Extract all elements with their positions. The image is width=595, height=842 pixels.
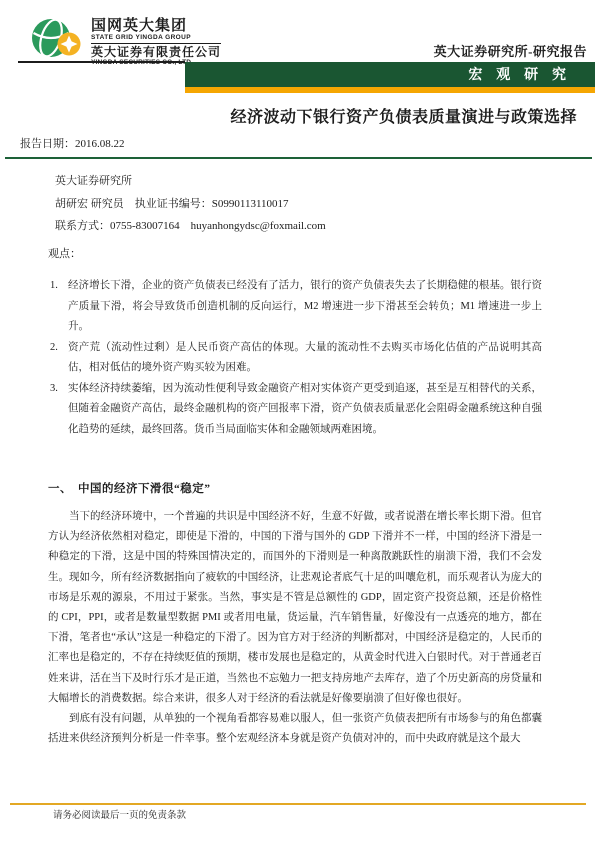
viewpoints-section: 观点： 1. 经济增长下滑，企业的资产负债表已经没有了活力，银行的资产负债表失去… <box>48 245 542 440</box>
report-title: 经济波动下银行资产负债表质量演进与政策选择 <box>230 104 577 127</box>
viewpoint-text: 实体经济持续萎缩，因为流动性便利导致金融资产相对实体资产更受到追逐，甚至是互相替… <box>68 383 542 435</box>
contact-line: 联系方式：0755-83007164 huyanhongydsc@foxmail… <box>55 215 326 238</box>
header-divider-line <box>18 61 185 63</box>
company-logo: 国网英大集团 STATE GRID YINGDA GROUP 英大证券有限责任公… <box>30 15 221 67</box>
viewpoint-text: 资产荒（流动性过剩）是人民币资产高估的体现。大量的流动性不去购买市场化估值的产品… <box>68 342 542 374</box>
footer-disclaimer: 请务必阅读最后一页的免责条款 <box>53 807 186 821</box>
section-body: 当下的经济环境中，一个普遍的共识是中国经济不好，生意不好做，或者说潜在增长率长期… <box>48 507 542 749</box>
body-paragraph: 当下的经济环境中，一个普遍的共识是中国经济不好，生意不好做，或者说潜在增长率长期… <box>48 507 542 709</box>
section-heading: 一、中国的经济下滑很“稳定” <box>48 480 211 496</box>
title-divider-rule <box>5 157 592 159</box>
viewpoint-text: 经济增长下滑，企业的资产负债表已经没有了活力，银行的资产负债表失去了长期稳健的根… <box>68 280 542 332</box>
globe-logo-icon <box>30 15 86 63</box>
company-name-cn: 英大证券有限责任公司 <box>91 45 221 59</box>
body-paragraph: 到底有没有问题，从单独的一个视角看都容易难以服人，但一张资产负债表把所有市场参与… <box>48 709 542 749</box>
viewpoint-number: 2. <box>50 338 58 359</box>
report-date: 报告日期：2016.08.22 <box>20 135 125 151</box>
report-page: 国网英大集团 STATE GRID YINGDA GROUP 英大证券有限责任公… <box>0 0 595 842</box>
viewpoint-item: 3. 实体经济持续萎缩，因为流动性便利导致金融资产相对实体资产更受到追逐，甚至是… <box>48 379 542 441</box>
footer-divider-line <box>10 803 586 805</box>
group-name-cn: 国网英大集团 <box>91 18 221 34</box>
analyst-line: 胡研宏 研究员 执业证书编号：S0990113110017 <box>55 193 326 216</box>
report-date-label: 报告日期： <box>20 138 75 150</box>
company-names: 国网英大集团 STATE GRID YINGDA GROUP 英大证券有限责任公… <box>91 15 221 67</box>
gold-accent-bar <box>185 87 595 93</box>
group-name-en: STATE GRID YINGDA GROUP <box>91 34 221 44</box>
report-date-value: 2016.08.22 <box>75 138 125 150</box>
viewpoint-item: 2. 资产荒（流动性过剩）是人民币资产高估的体现。大量的流动性不去购买市场化估值… <box>48 338 542 379</box>
section-number: 一、 <box>48 480 78 496</box>
viewpoint-number: 3. <box>50 379 58 400</box>
viewpoint-number: 1. <box>50 276 58 297</box>
report-source-label: 英大证券研究所-研究报告 <box>434 41 587 60</box>
institute-name: 英大证券研究所 <box>55 170 326 193</box>
viewpoint-item: 1. 经济增长下滑，企业的资产负债表已经没有了活力，银行的资产负债表失去了长期稳… <box>48 276 542 338</box>
category-banner: 宏 观 研 究 <box>185 62 595 87</box>
viewpoints-label: 观点： <box>48 245 542 261</box>
section-title: 中国的经济下滑很“稳定” <box>78 483 211 495</box>
contact-block: 英大证券研究所 胡研宏 研究员 执业证书编号：S0990113110017 联系… <box>55 170 326 238</box>
